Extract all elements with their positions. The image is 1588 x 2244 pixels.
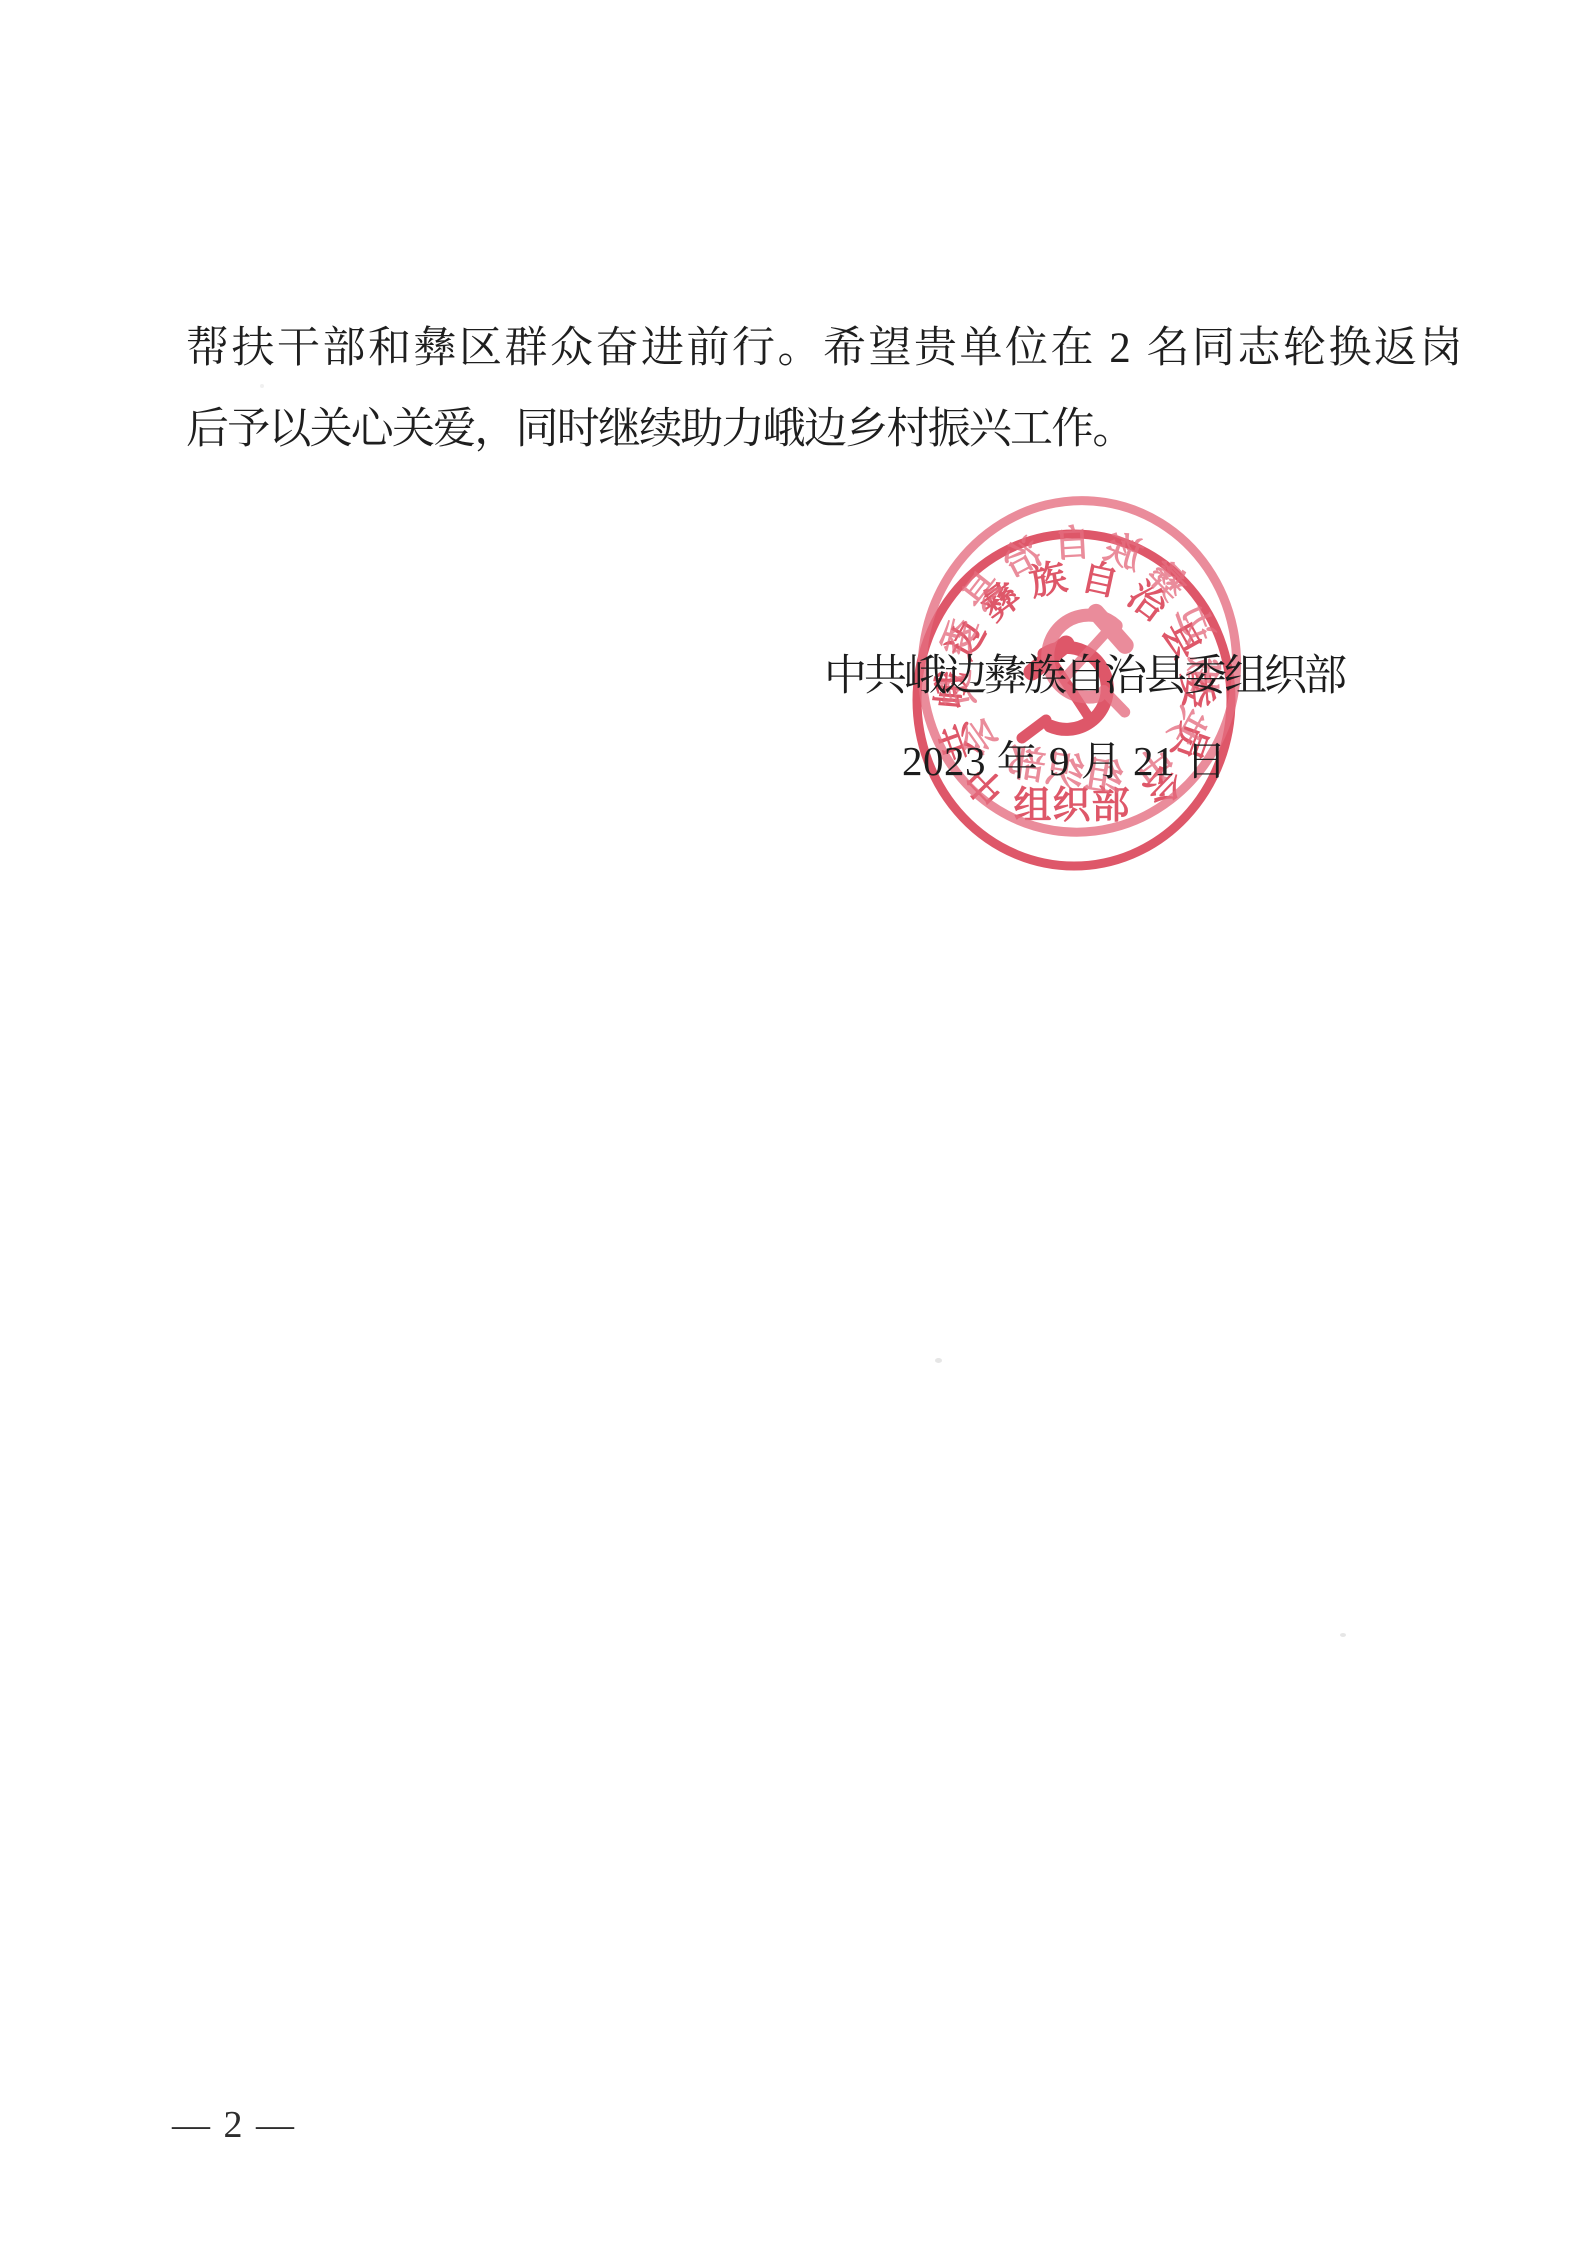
text-layer: 帮扶干部和彝区群众奋进前行。希望贵单位在 2 名同志轮换返岗 后予以关心关爱，同…	[0, 0, 1588, 2244]
body-line-1: 帮扶干部和彝区群众奋进前行。希望贵单位在 2 名同志轮换返岗	[186, 327, 1465, 370]
body-line-2: 后予以关心关爱，同时继续助力峨边乡村振兴工作。	[186, 408, 1134, 451]
signature-date: 2023 年 9 月 21 日	[902, 741, 1227, 782]
signature-org-name: 中共峨边彝族自治县委组织部	[824, 655, 1344, 698]
page-number: — 2 —	[172, 2106, 296, 2144]
document-page: 中共峨边彝族自治县委员会 组织部 帮扶干部和彝区群众奋进前行。希望贵单位在 2 …	[0, 0, 1588, 2244]
